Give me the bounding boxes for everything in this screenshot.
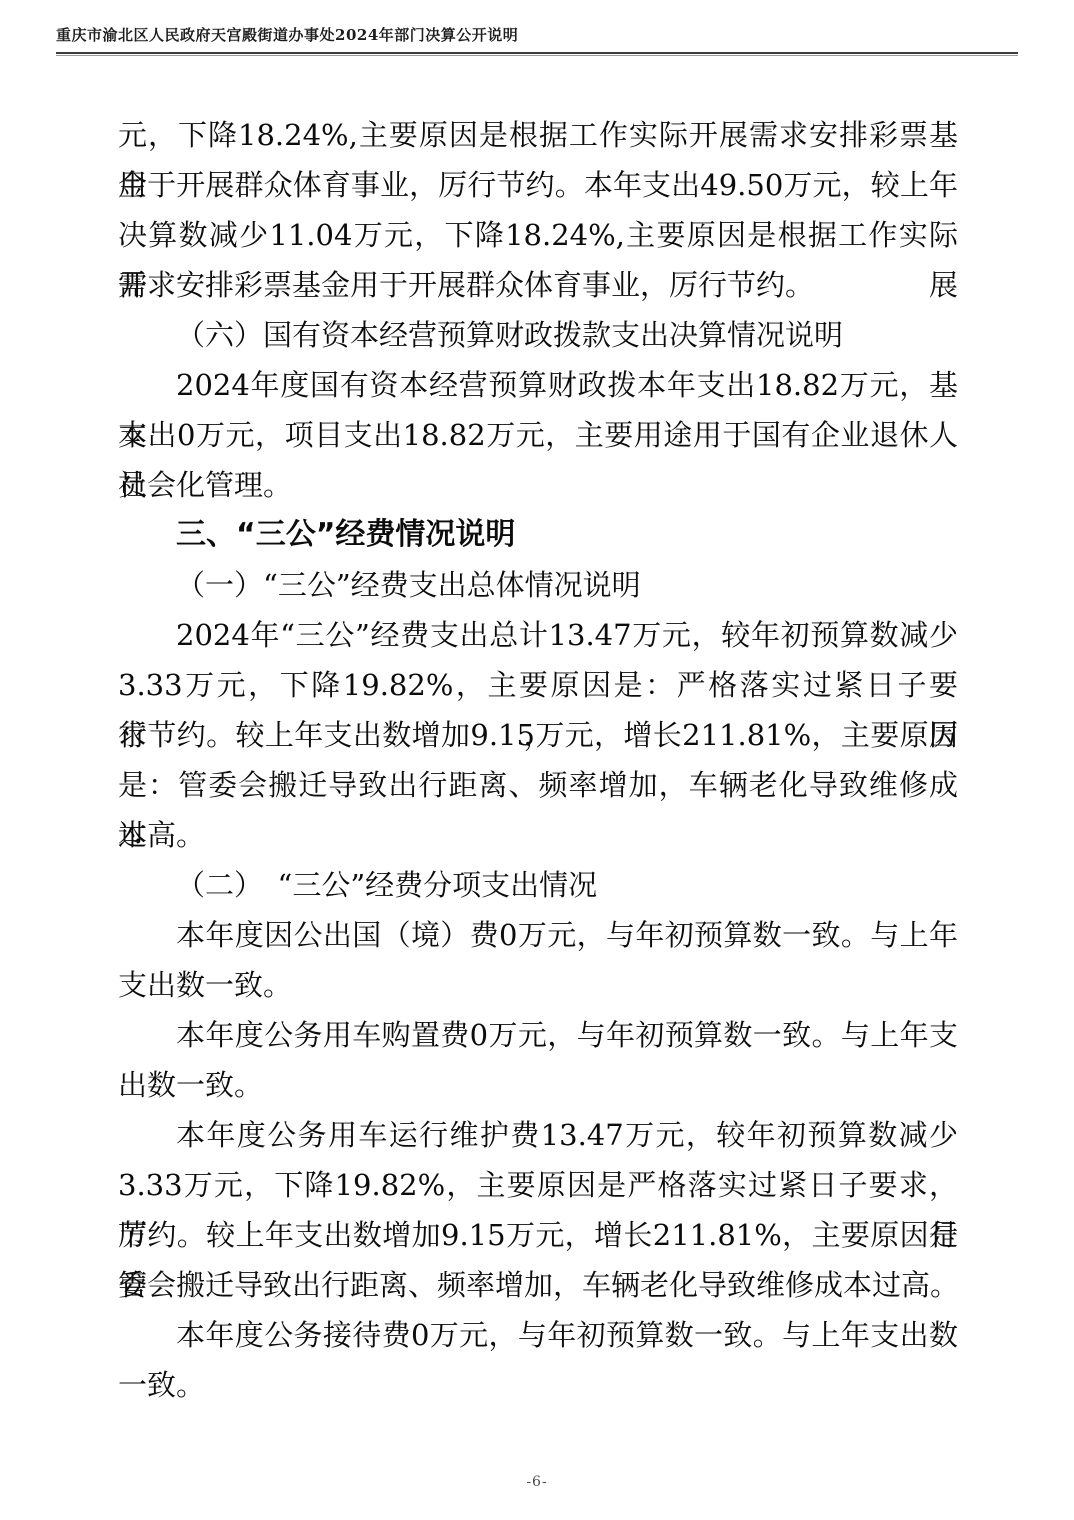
document-page: 重庆市渝北区人民政府天宫殿街道办事处2024年部门决算公开说明 元，下降18.2… bbox=[0, 0, 1074, 1520]
heading-overall-expenditure: （一）“三公”经费支出总体情况说明 bbox=[118, 560, 958, 610]
text-line: 本年度因公出国（境）费0万元，与年初预算数一致。与上年 bbox=[118, 910, 958, 960]
text-line: 是：管委会搬迁导致出行距离、频率增加，车辆老化导致维修成本 bbox=[118, 760, 958, 810]
text-line: 社会化管理。 bbox=[118, 460, 958, 510]
text-line: 2024年“三公”经费支出总计13.47万元，较年初预算数减少 bbox=[118, 610, 958, 660]
text-line: 本年度公务用车购置费0万元，与年初预算数一致。与上年支 bbox=[118, 1010, 958, 1060]
text-line: 支出数一致。 bbox=[118, 960, 958, 1010]
heading-itemized-expenditure: （二） “三公”经费分项支出情况 bbox=[118, 860, 958, 910]
text-line: 元，下降18.24%,主要原因是根据工作实际开展需求安排彩票基金 bbox=[118, 110, 958, 160]
text-line: 出数一致。 bbox=[118, 1060, 958, 1110]
text-line: 行节约。较上年支出数增加9.15万元，增长211.81%，主要原因 bbox=[118, 710, 958, 760]
text-line: 决算数减少11.04万元，下降18.24%,主要原因是根据工作实际开展 bbox=[118, 210, 958, 260]
header-title: 重庆市渝北区人民政府天宫殿街道办事处2024年部门决算公开说明 bbox=[56, 24, 1018, 45]
header-rule-thin-line bbox=[56, 55, 1018, 56]
text-line: 3.33万元，下降19.82%，主要原因是严格落实过紧日子要求，厉行 bbox=[118, 1160, 958, 1210]
header-rule bbox=[56, 52, 1018, 56]
text-line: 支出0万元，项目支出18.82万元，主要用途用于国有企业退休人员 bbox=[118, 410, 958, 460]
text-line: 一致。 bbox=[118, 1360, 958, 1410]
text-line: 用于开展群众体育事业，厉行节约。本年支出49.50万元，较上年 bbox=[118, 160, 958, 210]
text-line: 节约。较上年支出数增加9.15万元，增长211.81%，主要原因是管 bbox=[118, 1210, 958, 1260]
heading-three-public-funds: 三、“三公”经费情况说明 bbox=[118, 510, 958, 560]
text-line: 委会搬迁导致出行距离、频率增加，车辆老化导致维修成本过高。 bbox=[118, 1260, 958, 1310]
text-line: 2024年度国有资本经营预算财政拨本年支出18.82万元，基本 bbox=[118, 360, 958, 410]
header-rule-thick-line bbox=[56, 52, 1018, 54]
text-line: 过高。 bbox=[118, 810, 958, 860]
page-header: 重庆市渝北区人民政府天宫殿街道办事处2024年部门决算公开说明 bbox=[56, 24, 1018, 56]
page-number: -6- bbox=[0, 1474, 1074, 1490]
text-line: 3.33万元，下降19.82%，主要原因是：严格落实过紧日子要求，厉 bbox=[118, 660, 958, 710]
text-line: 本年度公务接待费0万元，与年初预算数一致。与上年支出数 bbox=[118, 1310, 958, 1360]
text-line: 本年度公务用车运行维护费13.47万元，较年初预算数减少 bbox=[118, 1110, 958, 1160]
document-body: 元，下降18.24%,主要原因是根据工作实际开展需求安排彩票基金 用于开展群众体… bbox=[118, 110, 958, 1410]
heading-state-capital-budget: （六）国有资本经营预算财政拨款支出决算情况说明 bbox=[118, 310, 958, 360]
